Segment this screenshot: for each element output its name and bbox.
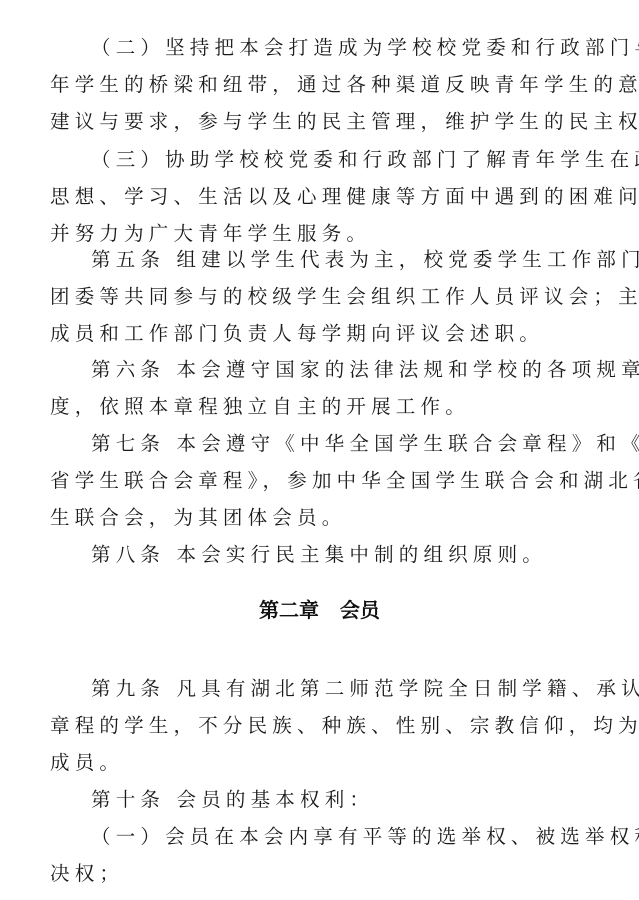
article-5-line-1: 第五条 组建以学生代表为主，校党委学生工作部门、校 <box>91 248 631 272</box>
article-6-line-2: 度，依照本章程独立自主的开展工作。 <box>50 395 590 419</box>
article-5-line-2: 团委等共同参与的校级学生会组织工作人员评议会；主席团 <box>50 285 590 309</box>
article-6-line-1: 第六条 本会遵守国家的法律法规和学校的各项规章制 <box>91 358 631 382</box>
paragraph-item-2-line-1: （二）坚持把本会打造成为学校校党委和行政部门与青 <box>91 36 631 60</box>
article-7-line-1: 第七条 本会遵守《中华全国学生联合会章程》和《湖北 <box>91 432 631 456</box>
article-8-line-1: 第八条 本会实行民主集中制的组织原则。 <box>91 543 631 567</box>
article-7-line-2: 省学生联合会章程》，参加中华全国学生联合会和湖北省学 <box>50 469 590 493</box>
article-10-line-1: 第十条 会员的基本权利： <box>91 788 631 812</box>
article-5-line-3: 成员和工作部门负责人每学期向评议会述职。 <box>50 322 590 346</box>
article-9-line-2: 章程的学生，不分民族、种族、性别、宗教信仰，均为本会 <box>50 714 590 738</box>
paragraph-item-3-line-1: （三）协助学校校党委和行政部门了解青年学生在政治、 <box>91 148 631 172</box>
paragraph-item-3-line-3: 并努力为广大青年学生服务。 <box>50 222 590 246</box>
article-10-item-1-line-1: （一）会员在本会内享有平等的选举权、被选举权和表 <box>91 825 631 849</box>
paragraph-item-2-line-2: 年学生的桥梁和纽带，通过各种渠道反映青年学生的意见、 <box>50 73 590 97</box>
chapter-heading: 第二章 会员 <box>0 598 639 622</box>
article-10-item-1-line-2: 决权； <box>50 862 590 886</box>
paragraph-item-2-line-3: 建议与要求，参与学生的民主管理，维护学生的民主权益； <box>50 110 590 134</box>
paragraph-item-3-line-2: 思想、学习、生活以及心理健康等方面中遇到的困难问题， <box>50 185 590 209</box>
article-7-line-3: 生联合会，为其团体会员。 <box>50 506 590 530</box>
article-9-line-3: 成员。 <box>50 751 590 775</box>
article-9-line-1: 第九条 凡具有湖北第二师范学院全日制学籍、承认本会 <box>91 677 631 701</box>
document-page: （二）坚持把本会打造成为学校校党委和行政部门与青 年学生的桥梁和纽带，通过各种渠… <box>0 0 639 900</box>
